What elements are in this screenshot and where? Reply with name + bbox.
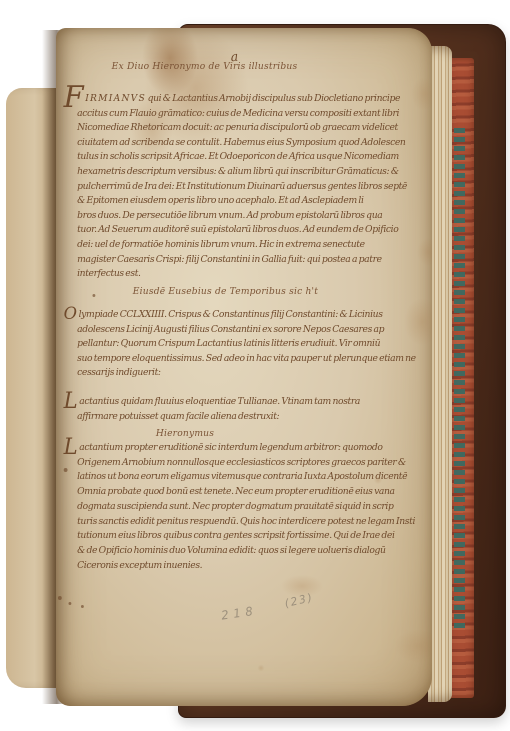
manuscript-line: & de Opificio hominis duo Volumina edidi… xyxy=(64,544,421,559)
manuscript-line: Lactantius quidam fluuius eloquentiae Tu… xyxy=(64,395,421,410)
manuscript-line: adolescens Licinij Augusti filius Consta… xyxy=(64,323,421,338)
manuscript-line: dei: uel de formatiōe hominis librum vnu… xyxy=(64,238,421,253)
ink-dot xyxy=(92,294,95,297)
manuscript-line: pellantur: Quorum Crispum Lactantius lat… xyxy=(64,337,421,352)
manuscript-page: a Ex Diuo Hieronymo de Viris illustribus… xyxy=(56,28,432,706)
paragraph-olympiade: Olympiade CCLXXIIII. Crispus & Constanti… xyxy=(64,308,421,381)
ink-dot xyxy=(81,605,84,608)
manuscript-line: Olympiade CCLXXIIII. Crispus & Constanti… xyxy=(64,308,421,323)
paragraph-lactantium-propter: Lactantium propter eruditionē sic interd… xyxy=(64,441,421,573)
manuscript-line: interfectus est. xyxy=(64,267,421,282)
paragraph-lactantius-fluuius: Lactantius quidam fluuius eloquentiae Tu… xyxy=(64,395,421,424)
ink-dot xyxy=(68,602,71,605)
manuscript-line: suo tempore eloquentissimus. Sed adeo in… xyxy=(64,352,421,367)
manuscript-line: pulcherrimū de Ira dei: Et Institutionum… xyxy=(64,180,421,195)
manuscript-line: tulus in scholis scripsit Africae. Et Od… xyxy=(64,150,421,165)
manuscript-line: dogmata suscipienda sunt. Nec propter do… xyxy=(64,500,421,515)
manuscript-line: magister Caesaris Crispi: filij Constant… xyxy=(64,253,421,268)
marbling-teal-comb xyxy=(454,128,465,628)
chapter-heading: Ex Diuo Hieronymo de Viris illustribus xyxy=(112,61,298,72)
manuscript-line: hexametris descriptum versibus: & alium … xyxy=(64,165,421,180)
manuscript-line: bros duos. De persecutiōe librum vnum. A… xyxy=(64,209,421,224)
manuscript-line: FIRMIANVS qui & Lactantius Arnobij disci… xyxy=(64,92,421,107)
manuscript-line: latinos ut bona eorum eligamus vitemusqu… xyxy=(64,470,421,485)
manuscript-line: ciuitatem ad scribenda se contulit. Habe… xyxy=(64,136,421,151)
manuscript-line: accitus cum Flauio grāmatico: cuius de M… xyxy=(64,107,421,122)
manuscript-line: tutionum eius libros quibus contra gente… xyxy=(64,529,421,544)
subheading-eusebius: Eiusdē Eusebius de Temporibus sic h't xyxy=(133,286,318,297)
manuscript-photo: a Ex Diuo Hieronymo de Viris illustribus… xyxy=(0,0,510,731)
pencil-annotation-number: 218 xyxy=(220,603,258,622)
manuscript-line: & Epitomen eiusdem operis libro uno acep… xyxy=(64,194,421,209)
manuscript-line: Lactantium propter eruditionē sic interd… xyxy=(64,441,421,456)
handwriting-layer: a Ex Diuo Hieronymo de Viris illustribus… xyxy=(56,28,432,706)
ink-dot xyxy=(58,596,62,600)
manuscript-line: cessarijs indiguerit: xyxy=(64,366,421,381)
paragraph-firmianus: FIRMIANVS qui & Lactantius Arnobij disci… xyxy=(64,92,421,282)
manuscript-line: Origenem Arnobium nonnullosque ecclesias… xyxy=(64,456,421,471)
manuscript-line: Ciceronis exceptum inuenies. xyxy=(64,559,421,574)
manuscript-line: tuor. Ad Seuerum auditorē suū epistolarū… xyxy=(64,223,421,238)
lead-word: IRMIANVS xyxy=(85,93,146,104)
manuscript-line: affirmare potuisset quam facile aliena d… xyxy=(64,410,421,425)
manuscript-line: turis sanctis edidit penitus respuendū. … xyxy=(64,515,421,530)
manuscript-line: Nicomediae Rhetoricam docuit: ac penuria… xyxy=(64,121,421,136)
manuscript-line: Omnia probate quod bonū est tenete. Nec … xyxy=(64,485,421,500)
subheading-hieronymus: Hieronymus xyxy=(156,428,214,439)
pencil-annotation-parenthetical: (23) xyxy=(283,591,314,611)
